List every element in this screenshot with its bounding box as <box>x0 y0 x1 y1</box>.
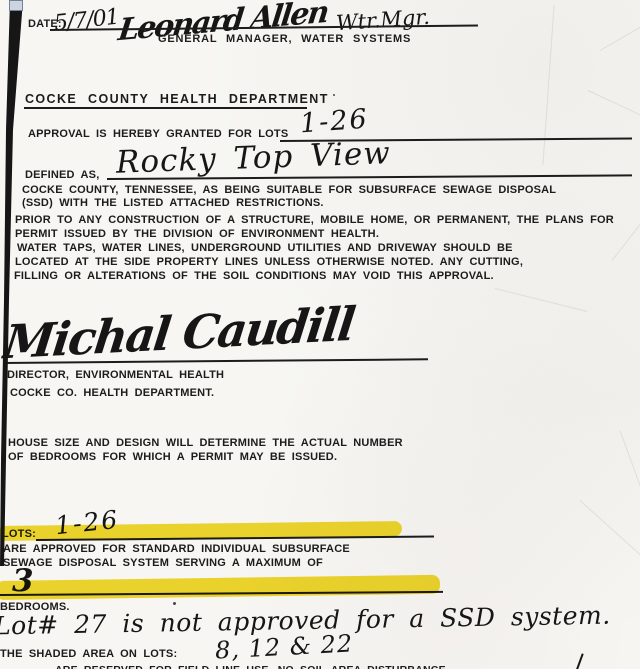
scanned-document-page: DATE: 5/7/01 Leonard Allen Wtr.Mgr. GENE… <box>0 0 640 669</box>
shaded-lots-handwritten: 8, 12 & 22 <box>214 629 354 664</box>
date-value-handwritten: 5/7/01 <box>53 5 120 37</box>
house-note-line: OF BEDROOMS FOR WHICH A PERMIT MAY BE IS… <box>8 451 337 463</box>
speck <box>173 602 176 605</box>
house-note-line: HOUSE SIZE AND DESIGN WILL DETERMINE THE… <box>8 437 403 449</box>
paper-crease <box>600 25 640 51</box>
highlight-bar-bedrooms <box>0 575 440 600</box>
scan-edge-strip <box>0 0 26 566</box>
body-line: WATER TAPS, WATER LINES, UNDERGROUND UTI… <box>17 242 513 254</box>
speck <box>333 94 335 96</box>
defined-as-label: DEFINED AS, <box>25 169 99 181</box>
department-heading: COCKE COUNTY HEALTH DEPARTMENT <box>25 92 329 106</box>
paper-crease <box>495 288 587 312</box>
paper-crease <box>612 201 640 261</box>
subdivision-name-handwritten: Rocky Top View <box>115 135 391 181</box>
approval-label: APPROVAL IS HEREBY GRANTED FOR LOTS <box>28 128 288 140</box>
general-manager-title: GENERAL MANAGER, WATER SYSTEMS <box>158 33 411 45</box>
body-line: COCKE COUNTY, TENNESSEE, AS BEING SUITAB… <box>22 184 556 196</box>
body-line: PERMIT ISSUED BY THE DIVISION OF ENVIRON… <box>15 228 379 240</box>
approval-lots-handwritten: 1-26 <box>299 104 370 140</box>
image-placeholder-icon <box>9 0 23 11</box>
water-manager-handwritten: Wtr.Mgr. <box>335 5 430 35</box>
body-line: PRIOR TO ANY CONSTRUCTION OF A STRUCTURE… <box>15 214 614 226</box>
paper-crease <box>580 500 640 588</box>
paper-crease <box>620 430 640 487</box>
body-line: LOCATED AT THE SIDE PROPERTY LINES UNLES… <box>15 256 523 268</box>
body-line: FILLING OR ALTERATIONS OF THE SOIL CONDI… <box>14 270 494 282</box>
paper-crease <box>588 90 640 116</box>
cutoff-bottom-line: ARE RESERVED FOR FIELD LINE USE. NO SOIL… <box>55 664 446 669</box>
approved-line: ARE APPROVED FOR STANDARD INDIVIDUAL SUB… <box>3 543 350 555</box>
director-title: DIRECTOR, ENVIRONMENTAL HEALTH <box>7 369 224 381</box>
body-line: (SSD) WITH THE LISTED ATTACHED RESTRICTI… <box>22 197 324 209</box>
paper-crease <box>542 5 554 165</box>
pen-stroke <box>574 653 583 669</box>
shaded-area-label: THE SHADED AREA ON LOTS: <box>0 648 177 660</box>
director-department: COCKE CO. HEALTH DEPARTMENT. <box>10 387 214 399</box>
heading-underline <box>24 107 307 109</box>
approved-line: SEWAGE DISPOSAL SYSTEM SERVING A MAXIMUM… <box>3 557 323 569</box>
